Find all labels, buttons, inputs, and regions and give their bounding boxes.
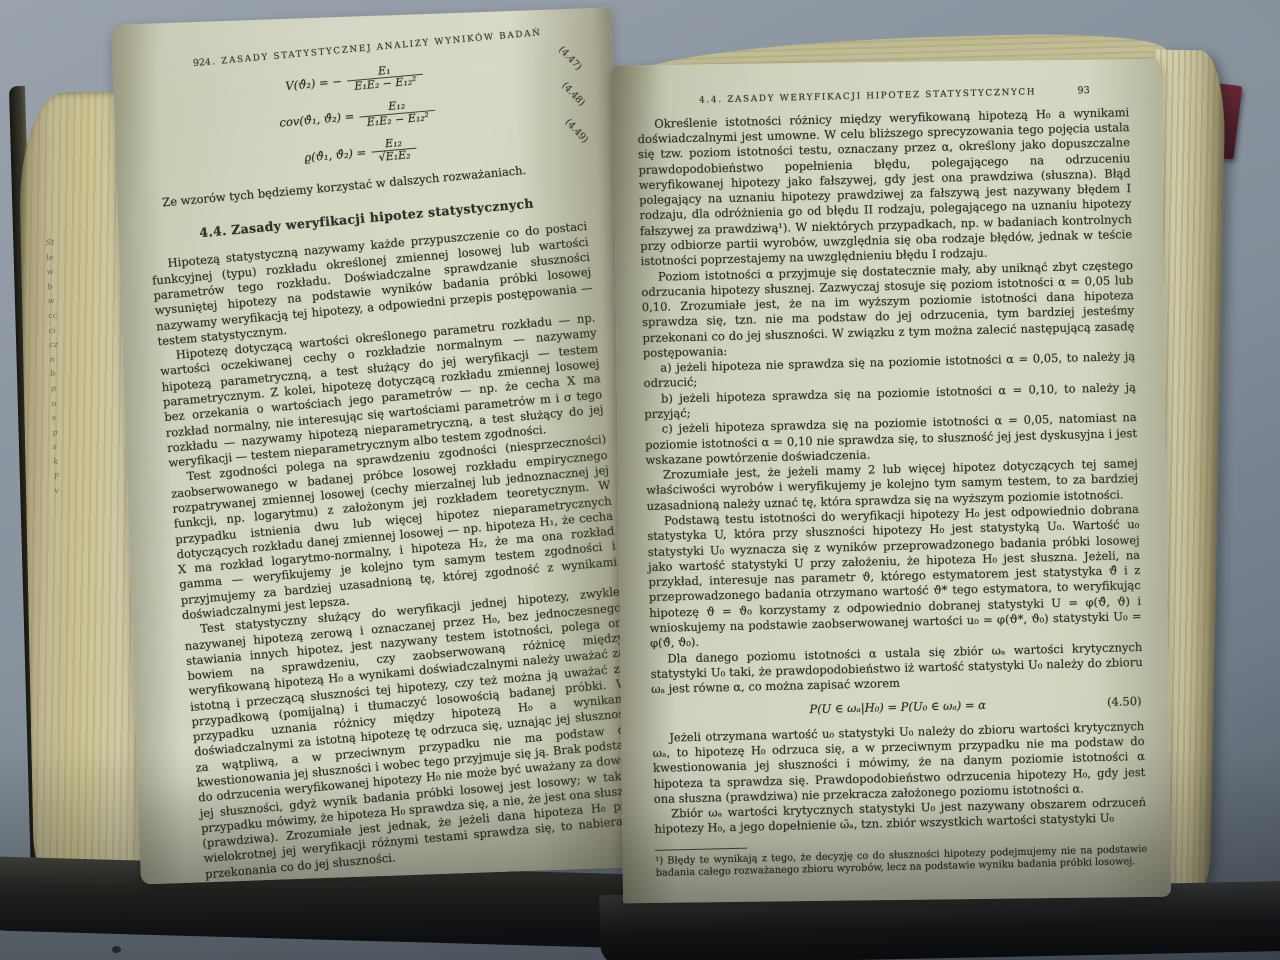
left-page: 92 4. ZASADY STATYSTYCZNEJ ANALIZY WYNIK… — [111, 8, 641, 885]
equation-fraction: E₁₂ E₁E₂ − E₁₂² — [358, 97, 436, 129]
running-head-right: 4.4. ZASADY WERYFIKACJI HIPOTEZ STATYSTY… — [637, 87, 1039, 109]
equation-number: (4.47) — [555, 44, 584, 73]
paragraph: Podstawą testu istotności do weryfikacji… — [647, 502, 1142, 652]
dust-speck — [112, 946, 121, 953]
equation-fraction: E₁ E₁E₂ − E₁₂² — [346, 61, 424, 93]
paragraph: Test statystyczny służący do weryfikacji… — [183, 585, 642, 883]
paragraph: Jeżeli otrzymana wartość u₀ statystyki U… — [652, 719, 1146, 807]
right-page-header: 4.4. ZASADY WERYFIKACJI HIPOTEZ STATYSTY… — [637, 84, 1129, 109]
photo-scene: St le w b w cc ci cz n b p n s p s k F v… — [0, 0, 1280, 960]
formula-text: P(U ∈ ωₐ|H₀) = P(U₀ ∈ ωₐ) = α — [809, 698, 986, 718]
equation-number: (4.48) — [559, 80, 588, 109]
paragraph: Poziom istotności α przyjmuje się dostat… — [641, 258, 1135, 362]
equation-lhs: V(ϑ̂₂) = − — [285, 74, 343, 94]
equation-number: (4.50) — [1107, 694, 1142, 710]
footnote: ¹) Błędy te wynikają z tego, że decyzję … — [655, 844, 1147, 881]
formula-4-50: P(U ∈ ωₐ|H₀) = P(U₀ ∈ ωₐ) = α (4.50) — [652, 694, 1144, 721]
page-number-right: 93 — [1039, 84, 1129, 99]
footnote-rule — [655, 847, 747, 850]
equation-lhs: ϱ(ϑ̂₁, ϑ̂₂) = — [304, 145, 367, 166]
equation-lhs: cov(ϑ̂₁, ϑ̂₂) = — [279, 110, 355, 132]
equation-fraction: E₁₂ √E₁E₂ — [370, 136, 418, 166]
left-page-content: 92 4. ZASADY STATYSTYCZNEJ ANALIZY WYNIK… — [95, 0, 668, 885]
equation-number: (4.49) — [562, 117, 591, 146]
right-page-content: 4.4. ZASADY WERYFIKACJI HIPOTEZ STATYSTY… — [610, 55, 1178, 881]
right-page: 4.4. ZASADY WERYFIKACJI HIPOTEZ STATYSTY… — [613, 59, 1171, 904]
paragraph: Określenie istotności różnicy między wer… — [637, 105, 1133, 270]
